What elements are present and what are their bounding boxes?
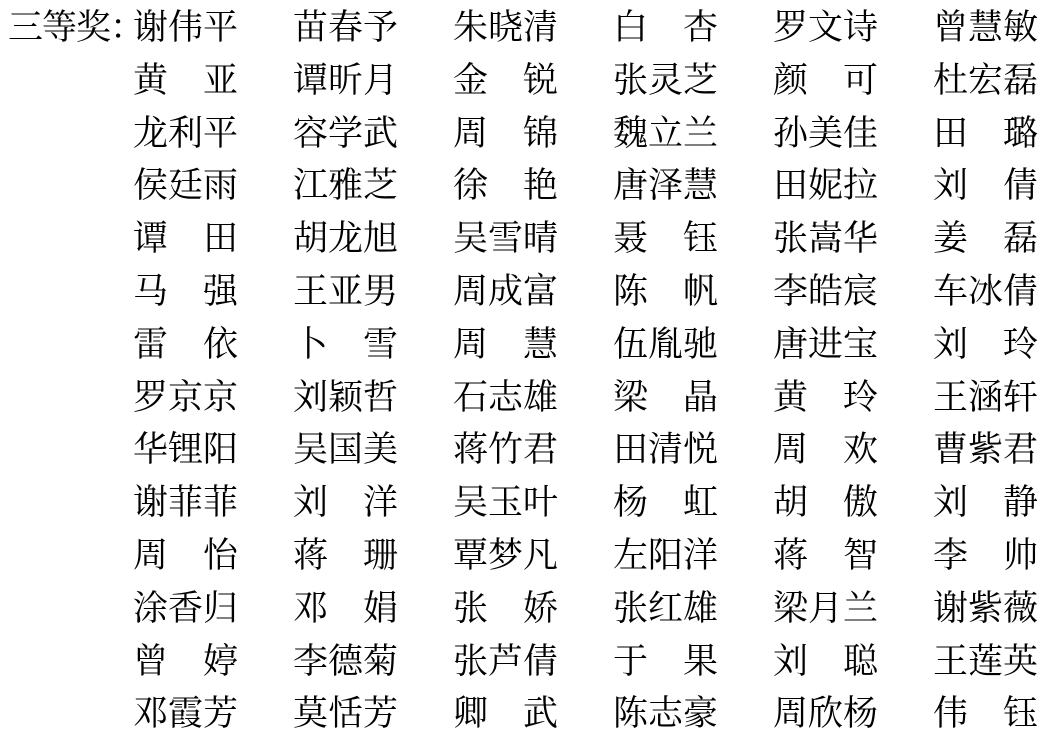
- prize-tier-label: 三等奖：: [8, 2, 133, 55]
- winner-name: 李皓宸: [773, 266, 878, 319]
- winner-name: 蒋竹君: [453, 424, 558, 477]
- winner-name-grid: 谢伟平苗春予朱晓清白 杏罗文诗曾慧敏黄 亚谭昕月金 锐张灵芝颜 可杜宏磊龙利平容…: [133, 2, 1038, 739]
- winner-name: 周欣杨: [773, 688, 878, 739]
- winner-name: 石志雄: [453, 372, 558, 425]
- winner-name: 王亚男: [293, 266, 398, 319]
- winner-name: 田妮拉: [773, 160, 878, 213]
- winner-name: 张灵芝: [613, 55, 718, 108]
- winner-name: 卜 雪: [293, 319, 398, 372]
- winner-name: 梁 晶: [613, 372, 718, 425]
- winner-name: 聂 钰: [613, 213, 718, 266]
- winner-name: 曾慧敏: [933, 2, 1038, 55]
- winner-name: 江雅芝: [293, 160, 398, 213]
- winner-name: 田 璐: [933, 108, 1038, 161]
- winner-name: 周 慧: [453, 319, 558, 372]
- winner-name: 徐 艳: [453, 160, 558, 213]
- winner-name: 刘颖哲: [293, 372, 398, 425]
- winner-name: 张 娇: [453, 583, 558, 636]
- winner-name: 张嵩华: [773, 213, 878, 266]
- winner-name: 陈 帆: [613, 266, 718, 319]
- winner-name: 魏立兰: [613, 108, 718, 161]
- winner-name: 吴雪晴: [453, 213, 558, 266]
- winner-name: 刘 倩: [933, 160, 1038, 213]
- winner-name: 谢伟平: [133, 2, 238, 55]
- winner-name: 雷 依: [133, 319, 238, 372]
- winner-name: 苗春予: [293, 2, 398, 55]
- winner-name: 陈志豪: [613, 688, 718, 739]
- winner-name: 邓霞芳: [133, 688, 238, 739]
- winner-name: 姜 磊: [933, 213, 1038, 266]
- winner-name: 车冰倩: [933, 266, 1038, 319]
- winner-name: 蒋 智: [773, 530, 878, 583]
- winner-name: 刘 洋: [293, 477, 398, 530]
- winner-name: 覃梦凡: [453, 530, 558, 583]
- winner-name: 胡 傲: [773, 477, 878, 530]
- winner-name: 于 果: [613, 636, 718, 689]
- winner-name: 孙美佳: [773, 108, 878, 161]
- winner-name: 容学武: [293, 108, 398, 161]
- winner-name: 周成富: [453, 266, 558, 319]
- winner-name: 颜 可: [773, 55, 878, 108]
- winner-name: 谭 田: [133, 213, 238, 266]
- winner-name: 邓 娟: [293, 583, 398, 636]
- winner-name: 吴玉叶: [453, 477, 558, 530]
- winner-name: 周 怡: [133, 530, 238, 583]
- winner-name: 张芦倩: [453, 636, 558, 689]
- winner-name: 刘 静: [933, 477, 1038, 530]
- winner-name: 周 欢: [773, 424, 878, 477]
- winner-name: 华锂阳: [133, 424, 238, 477]
- winner-name: 朱晓清: [453, 2, 558, 55]
- winner-name: 白 杏: [613, 2, 718, 55]
- winner-name: 唐泽慧: [613, 160, 718, 213]
- document-page: 三等奖： 谢伟平苗春予朱晓清白 杏罗文诗曾慧敏黄 亚谭昕月金 锐张灵芝颜 可杜宏…: [0, 0, 1042, 739]
- winner-name: 唐进宝: [773, 319, 878, 372]
- winner-name: 李 帅: [933, 530, 1038, 583]
- winner-name: 王莲英: [933, 636, 1038, 689]
- winner-name: 谢菲菲: [133, 477, 238, 530]
- winner-name: 谢紫薇: [933, 583, 1038, 636]
- winner-name: 龙利平: [133, 108, 238, 161]
- winner-name: 黄 玲: [773, 372, 878, 425]
- winner-name: 马 强: [133, 266, 238, 319]
- winner-name: 杨 虹: [613, 477, 718, 530]
- winner-name: 莫恬芳: [293, 688, 398, 739]
- winner-name: 侯廷雨: [133, 160, 238, 213]
- winner-name: 左阳洋: [613, 530, 718, 583]
- winner-name: 梁月兰: [773, 583, 878, 636]
- winner-name: 黄 亚: [133, 55, 238, 108]
- winner-name: 吴国美: [293, 424, 398, 477]
- winner-name: 刘 聪: [773, 636, 878, 689]
- winner-name: 田清悦: [613, 424, 718, 477]
- winner-name: 刘 玲: [933, 319, 1038, 372]
- winner-name: 涂香归: [133, 583, 238, 636]
- winner-name: 罗京京: [133, 372, 238, 425]
- winner-name: 胡龙旭: [293, 213, 398, 266]
- winner-name: 王涵轩: [933, 372, 1038, 425]
- winner-name: 张红雄: [613, 583, 718, 636]
- winner-name: 金 锐: [453, 55, 558, 108]
- winner-name: 罗文诗: [773, 2, 878, 55]
- winner-name: 杜宏磊: [933, 55, 1038, 108]
- winner-name: 曾 婷: [133, 636, 238, 689]
- winner-name: 李德菊: [293, 636, 398, 689]
- winner-name: 周 锦: [453, 108, 558, 161]
- winner-name: 曹紫君: [933, 424, 1038, 477]
- winner-name: 谭昕月: [293, 55, 398, 108]
- winner-name: 卿 武: [453, 688, 558, 739]
- winner-name: 伍胤驰: [613, 319, 718, 372]
- winner-name: 蒋 珊: [293, 530, 398, 583]
- winner-name: 伟 钰: [933, 688, 1038, 739]
